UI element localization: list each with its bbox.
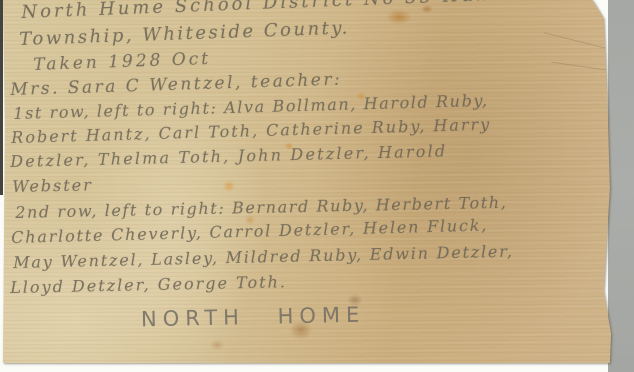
- handwritten-line-8: Webster: [12, 175, 93, 196]
- handwritten-line-7: Detzler, Thelma Toth, John Detzler, Haro…: [10, 141, 448, 171]
- north-home-caption: NORTH HOME: [141, 303, 366, 332]
- crease-line: [551, 62, 613, 72]
- handwritten-line-2: Township, Whiteside County.: [19, 17, 350, 50]
- handwritten-line-12: Lloyd Detzler, George Toth.: [10, 272, 287, 297]
- photo-card-wrap: North Hume School District No 35 Hume To…: [0, 0, 634, 372]
- scanned-photo-back: North Hume School District No 35 Hume To…: [0, 0, 634, 372]
- handwritten-line-11: May Wentzel, Lasley, Mildred Ruby, Edwin…: [13, 242, 514, 272]
- crease-line: [544, 32, 622, 52]
- photo-card: North Hume School District No 35 Hume To…: [3, 0, 616, 363]
- handwritten-line-3: Taken 1928 Oct: [33, 49, 211, 75]
